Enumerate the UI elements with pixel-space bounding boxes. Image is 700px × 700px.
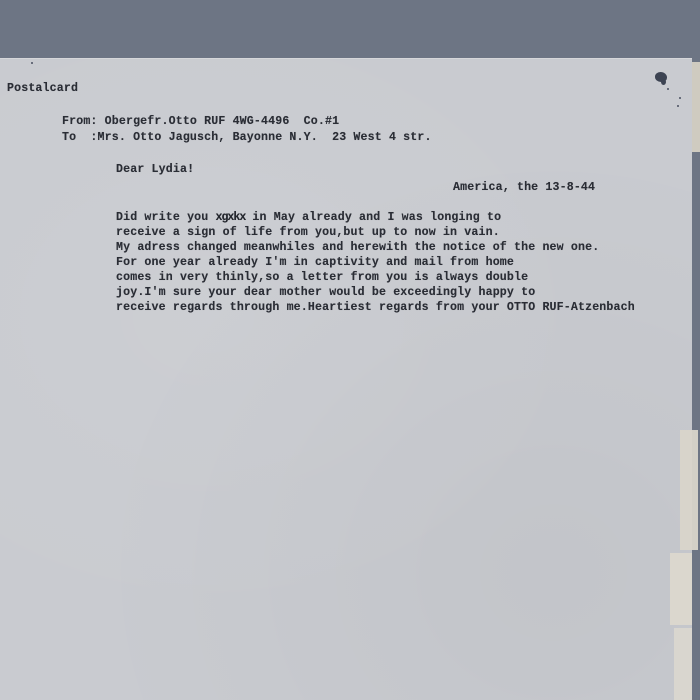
ink-blot-mark [655,72,667,82]
letter-body-line: joy.I'm sure your dear mother would be e… [116,286,535,300]
tape-strip [670,553,692,625]
letter-body-line: receive regards through me.Heartiest reg… [116,301,635,315]
ink-speck [667,88,669,90]
scanned-document-page: Postalcard From: Obergefr.Otto RUF 4WG-4… [0,0,700,700]
letter-body-line: My adress changed meanwhiles and herewit… [116,241,599,255]
body-text: in May already and I was longing to [245,211,501,224]
ink-speck [679,97,681,99]
letter-body-line: receive a sign of life from you,but up t… [116,226,500,240]
recipient-line: To :Mrs. Otto Jagusch, Bayonne N.Y. 23 W… [62,131,432,145]
letter-body-line: comes in very thinly,so a letter from yo… [116,271,528,285]
letter-body-line: For one year already I'm in captivity an… [116,256,514,270]
dateline: America, the 13-8-44 [453,181,595,195]
letter-body-line: Did write you xgxkx in May already and I… [116,211,501,225]
document-type-label: Postalcard [7,82,78,96]
tape-strip [680,430,698,550]
body-text: Did write you [116,211,216,224]
salutation: Dear Lydia! [116,163,194,177]
sender-line: From: Obergefr.Otto RUF 4WG-4496 Co.#1 [62,115,339,129]
paper-sheet [0,58,692,700]
ink-speck [31,62,33,64]
tape-strip [674,628,692,700]
struck-out-text: xgxkx [216,211,246,224]
tape-strip [692,62,700,152]
ink-speck [677,105,679,107]
